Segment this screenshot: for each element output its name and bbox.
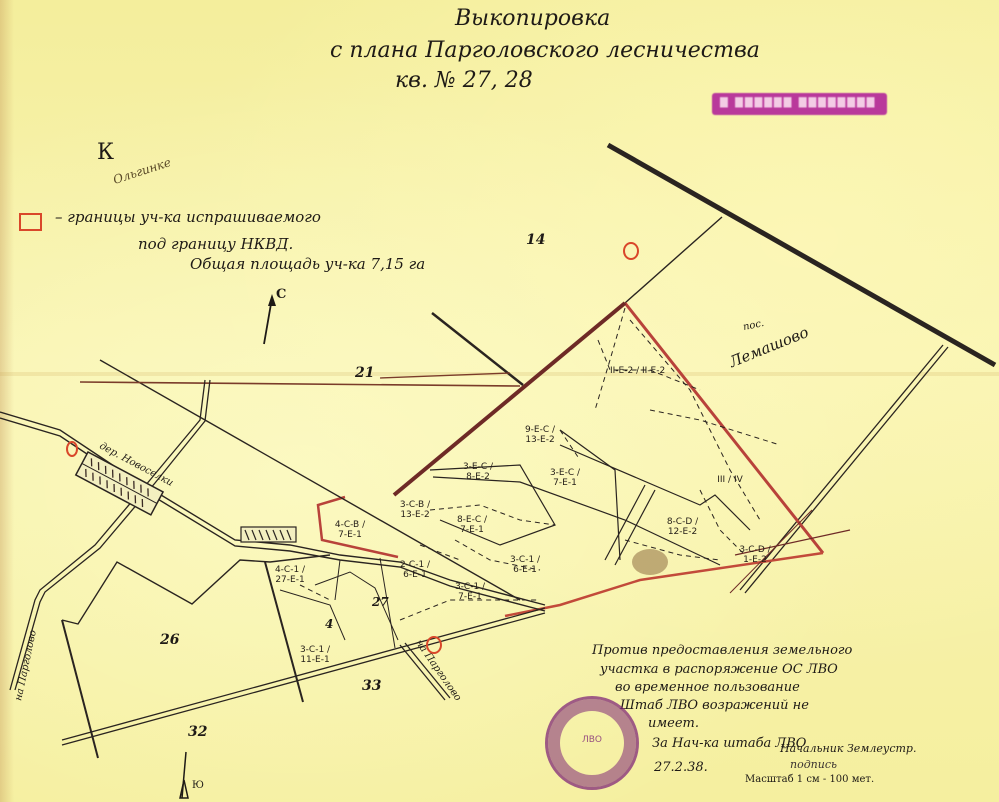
plot-label: 3-E-C / 7-E-1 bbox=[545, 468, 585, 488]
legend-symbol-box bbox=[19, 213, 42, 231]
quarter-number: 27 bbox=[372, 595, 389, 609]
approval-line-3: во временное пользование bbox=[615, 680, 800, 695]
north-arrow-label: С bbox=[276, 287, 286, 302]
legend-line-3: Общая площадь уч-ка 7,15 га bbox=[190, 255, 425, 273]
legend-line-2: под границу НКВД. bbox=[138, 235, 293, 253]
approval-line-5: имеет. bbox=[648, 716, 699, 731]
title-line-3: кв. № 27, 28 bbox=[395, 68, 533, 93]
plot-label: II-E-2 / II-E-2 bbox=[610, 366, 665, 376]
approval-line-7: Начальник Землеустр. bbox=[780, 742, 916, 755]
map-scale: Масштаб 1 см - 100 мет. bbox=[745, 774, 874, 785]
plot-label: 3-C-1 / 6-E-1 bbox=[505, 555, 545, 575]
plot-label: 8-C-D / 12-E-2 bbox=[660, 517, 705, 537]
title-line-1: Выкопировка bbox=[455, 6, 610, 31]
plot-label: 3-E-C / 8-E-2 bbox=[458, 462, 498, 482]
plot-label: 3-C-1 / 11-E-1 bbox=[295, 645, 335, 665]
plot-label: 4-C-B / 7-E-1 bbox=[330, 520, 370, 540]
signature: подпись bbox=[790, 758, 837, 771]
plot-label: 3-C-D / 1-E-2 bbox=[735, 545, 775, 565]
scanned-map-sheet: Выкопировка с плана Парголовского леснич… bbox=[0, 0, 999, 802]
quarter-number: 33 bbox=[362, 678, 381, 694]
quarter-number: 26 bbox=[160, 632, 179, 648]
map-drawing bbox=[0, 0, 999, 802]
plot-label: III / IV bbox=[715, 475, 745, 485]
approval-line-1: Против предоставления земельного bbox=[592, 643, 852, 658]
quarter-number: 32 bbox=[188, 724, 207, 740]
plot-label: 4-C-1 / 27-E-1 bbox=[270, 565, 310, 585]
legend-line-1: – границы уч-ка испрашиваемого bbox=[55, 208, 321, 226]
plot-label: 9-E-C / 13-E-2 bbox=[520, 425, 560, 445]
plot-label: 4 bbox=[325, 617, 333, 631]
south-arrow-label: Ю bbox=[192, 780, 204, 791]
marker-circle bbox=[426, 636, 442, 654]
approval-line-2: участка в распоряжение ОС ЛВО bbox=[600, 662, 838, 677]
quarter-number: 21 bbox=[355, 365, 374, 381]
plot-label: 3-C-B / 13-E-2 bbox=[395, 500, 435, 520]
approval-date: 27.2.38. bbox=[654, 760, 708, 775]
title-line-2: с плана Парголовского лесничества bbox=[330, 38, 760, 63]
marker-circle bbox=[623, 242, 639, 260]
approval-line-4: Штаб ЛВО возражений не bbox=[620, 698, 809, 713]
plot-label: 3-C-1 / 7-E-1 bbox=[450, 582, 490, 602]
plot-label: 8-E-C / 7-E-1 bbox=[452, 515, 492, 535]
official-seal: ЛВО bbox=[545, 696, 639, 790]
plot-label: 2-C-1 / 6-E-1 bbox=[395, 560, 435, 580]
quarter-number: 14 bbox=[526, 232, 545, 248]
corner-note-letter: К bbox=[97, 140, 114, 165]
redaction-stamp: ▇ ▇▇▇▇▇▇ ▇▇▇▇▇▇▇▇ bbox=[712, 93, 887, 115]
